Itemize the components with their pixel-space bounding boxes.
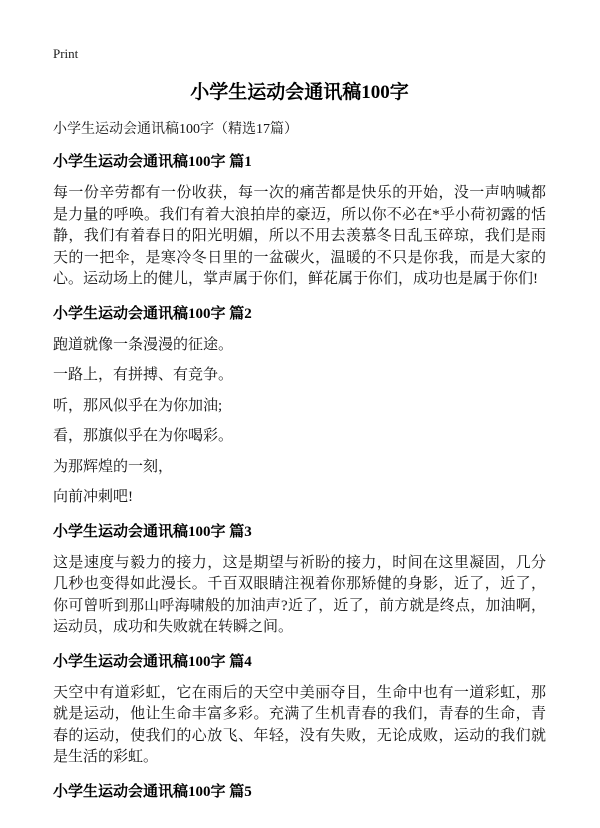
section-paragraph: 天空中有道彩虹，它在雨后的天空中美丽夺目，生命中也有一道彩虹，那就是运动，他让生… (53, 683, 546, 769)
article-section-1: 小学生运动会通讯稿100字 篇1 每一份辛劳都有一份收获，每一次的痛苦都是快乐的… (53, 152, 546, 291)
section-heading-3: 小学生运动会通讯稿100字 篇3 (53, 522, 546, 542)
section-heading-4: 小学生运动会通讯稿100字 篇4 (53, 652, 546, 672)
document-subtitle: 小学生运动会通讯稿100字（精选17篇） (53, 120, 546, 139)
article-section-5: 小学生运动会通讯稿100字 篇5 (53, 782, 546, 802)
print-button[interactable]: Print (53, 46, 546, 62)
section-paragraph: 跑道就像一条漫漫的征途。 (53, 335, 546, 357)
section-heading-1: 小学生运动会通讯稿100字 篇1 (53, 152, 546, 172)
page-title: 小学生运动会通讯稿100字 (53, 81, 546, 105)
section-heading-5: 小学生运动会通讯稿100字 篇5 (53, 782, 546, 802)
document-page: Print 小学生运动会通讯稿100字 小学生运动会通讯稿100字（精选17篇）… (0, 0, 600, 828)
section-heading-2: 小学生运动会通讯稿100字 篇2 (53, 304, 546, 324)
article-section-3: 小学生运动会通讯稿100字 篇3 这是速度与毅力的接力，这是期望与祈盼的接力，时… (53, 522, 546, 639)
section-paragraph: 为那辉煌的一刻， (53, 457, 546, 479)
section-paragraph: 向前冲刺吧! (53, 487, 546, 509)
article-section-4: 小学生运动会通讯稿100字 篇4 天空中有道彩虹，它在雨后的天空中美丽夺目，生命… (53, 652, 546, 769)
section-paragraph: 每一份辛劳都有一份收获，每一次的痛苦都是快乐的开始，没一声呐喊都是力量的呼唤。我… (53, 183, 546, 291)
section-paragraph: 听，那风似乎在为你加油; (53, 396, 546, 418)
section-paragraph: 一路上，有拼搏、有竞争。 (53, 365, 546, 387)
article-section-2: 小学生运动会通讯稿100字 篇2 跑道就像一条漫漫的征途。 一路上，有拼搏、有竞… (53, 304, 546, 509)
section-paragraph: 看，那旗似乎在为你喝彩。 (53, 426, 546, 448)
section-paragraph: 这是速度与毅力的接力，这是期望与祈盼的接力，时间在这里凝固，几分几秒也变得如此漫… (53, 553, 546, 639)
